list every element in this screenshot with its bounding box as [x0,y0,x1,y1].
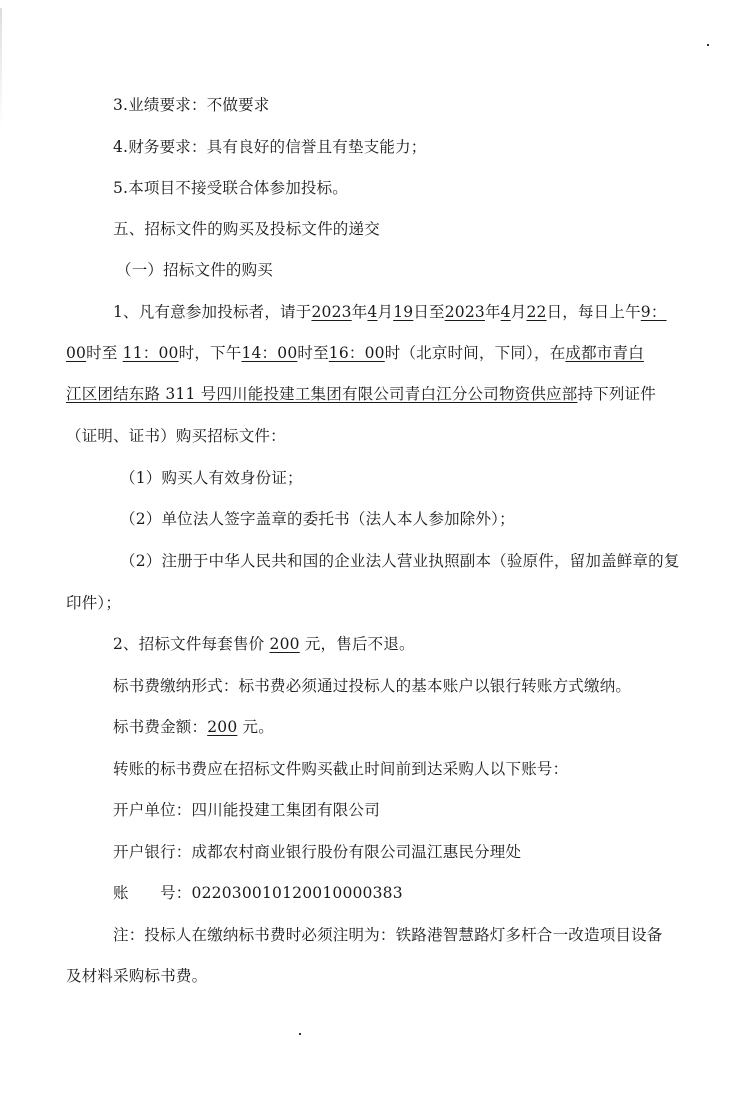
bank-name: 开户银行：成都农村商业银行股份有限公司温江惠民分理处 [113,842,733,862]
payment-remark-line-1: 注：投标人在缴纳标书费时必须注明为：铁路港智慧路灯多杆合一改造项目设备 [113,925,733,945]
am-start-time: 9： [641,303,667,321]
fee-amount: 标书费金额：200 元。 [113,717,733,737]
scan-speck [299,1033,301,1035]
pm-end-time: 16：00 [329,344,385,362]
account-number: 02203001012001000038​3 [192,884,403,902]
purchase-para-line-2: 00时至 11：00时，下午14：00时至16：00时（北京时间，下同），在成都… [66,343,686,363]
payment-remark-line-2: 及材料采购标书费。 [66,966,686,986]
scan-edge [0,8,2,128]
am-end-time: 11：00 [123,344,179,362]
section-heading-5: 五、招标文件的购买及投标文件的递交 [113,219,733,239]
transfer-note: 转账的标书费应在招标文件购买截止时间前到达采购人以下账号： [113,759,733,779]
pm-start-time: 14：00 [241,344,297,362]
requirement-item: （2）单位法人签字盖章的委托书（法人本人参加除外）； [120,509,740,529]
performance-requirement: 3.业绩要求：不做要求 [113,95,733,115]
document-price: 2、招标文件每套售价 200 元，售后不退。 [113,634,733,654]
price-value: 200 [270,635,300,653]
scan-speck [707,44,709,46]
consortium-note: 5.本项目不接受联合体参加投标。 [113,178,733,198]
document-page: 3.业绩要求：不做要求 4.财务要求：具有良好的信誉且有垫支能力； 5.本项目不… [0,0,747,1096]
account-holder: 开户单位：四川能投建工集团有限公司 [113,800,733,820]
purchase-location-cont: 江区团结东路 311 号四川能投建工集团有限公司青白江分公司物资供应部 [66,385,577,403]
requirement-item: （2）注册于中华人民共和国的企业法人营业执照副本（验原件，留加盖鲜章的复 [120,551,740,571]
start-day: 19 [393,303,413,321]
end-day: 22 [526,303,546,321]
requirement-item-cont: 印件）； [66,593,686,613]
fee-amount-value: 200 [207,718,237,736]
account-label: 账 号： [113,884,192,902]
account-number-line: 账 号：02203001012001000038​3 [113,883,733,903]
end-year: 2023 [445,303,485,321]
financial-requirement: 4.财务要求：具有良好的信誉且有垫支能力； [113,137,733,157]
start-month: 4 [367,303,377,321]
start-year: 2023 [311,303,351,321]
requirement-item: （1）购买人有效身份证； [120,468,740,488]
purchase-para-line-3: 江区团结东路 311 号四川能投建工集团有限公司青白江分公司物资供应部持下列证件 [66,384,686,404]
purchase-location: 成都市青白 [565,344,644,362]
purchase-para-line-4: （证明、证书）购买招标文件： [66,426,686,446]
end-month: 4 [501,303,511,321]
payment-method: 标书费缴纳形式：标书费必须通过投标人的基本账户以银行转账方式缴纳。 [113,676,733,696]
subsection-heading-1: （一）招标文件的购买 [116,260,736,280]
purchase-para-line-1: 1、凡有意参加投标者，请于2023年4月19日至2023年4月22日，每日上午9… [113,302,733,322]
